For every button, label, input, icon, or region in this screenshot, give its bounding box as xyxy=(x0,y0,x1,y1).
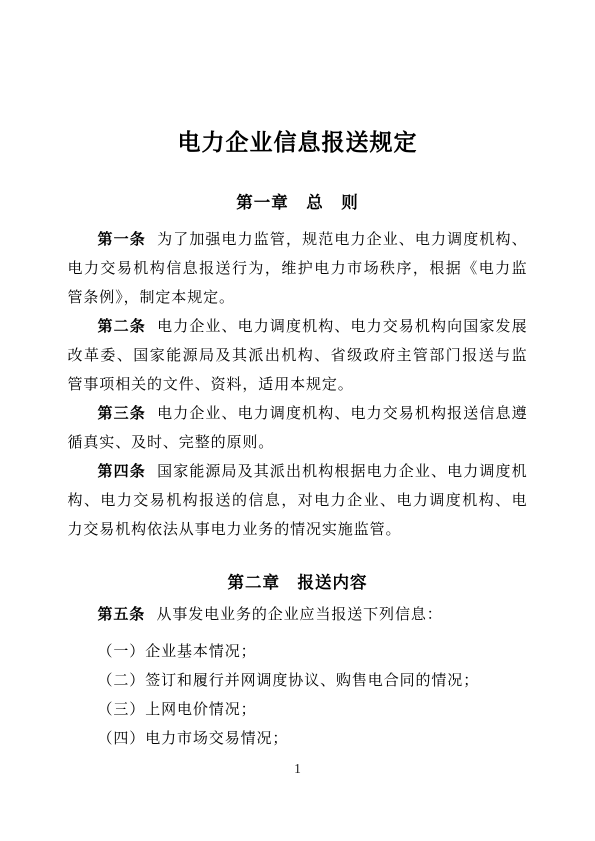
article-4-label: 第四条 xyxy=(98,464,146,480)
article-5: 第五条从事发电业务的企业应当报送下列信息： xyxy=(68,601,528,630)
article-2-label: 第二条 xyxy=(98,319,146,335)
article-5-label: 第五条 xyxy=(98,607,146,623)
article-2: 第二条电力企业、电力调度机构、电力交易机构向国家发展改革委、国家能源局及其派出机… xyxy=(68,313,528,400)
document-title: 电力企业信息报送规定 xyxy=(68,128,528,158)
article-3-label: 第三条 xyxy=(98,406,146,422)
list-item-4: （四）电力市场交易情况； xyxy=(68,725,528,754)
article-5-item-list: （一）企业基本情况； （二）签订和履行并网调度协议、购售电合同的情况； （三）上… xyxy=(68,638,528,754)
chapter-1-heading: 第一章 总 则 xyxy=(68,192,528,214)
article-3: 第三条电力企业、电力调度机构、电力交易机构报送信息遵循真实、及时、完整的原则。 xyxy=(68,400,528,458)
article-1-label: 第一条 xyxy=(98,232,146,248)
chapter-2-heading: 第二章 报送内容 xyxy=(68,572,528,594)
list-item-2: （二）签订和履行并网调度协议、购售电合同的情况； xyxy=(68,667,528,696)
article-4: 第四条国家能源局及其派出机构根据电力企业、电力调度机构、电力交易机构报送的信息，… xyxy=(68,458,528,545)
list-item-1: （一）企业基本情况； xyxy=(68,638,528,667)
document-content: 电力企业信息报送规定 第一章 总 则 第一条为了加强电力监管，规范电力企业、电力… xyxy=(68,0,528,754)
page-number: 1 xyxy=(0,761,595,777)
article-1: 第一条为了加强电力监管，规范电力企业、电力调度机构、电力交易机构信息报送行为，维… xyxy=(68,226,528,313)
list-item-3: （三）上网电价情况； xyxy=(68,696,528,725)
article-5-text: 从事发电业务的企业应当报送下列信息： xyxy=(156,607,442,623)
document-page: 电力企业信息报送规定 第一章 总 则 第一条为了加强电力监管，规范电力企业、电力… xyxy=(0,0,595,841)
